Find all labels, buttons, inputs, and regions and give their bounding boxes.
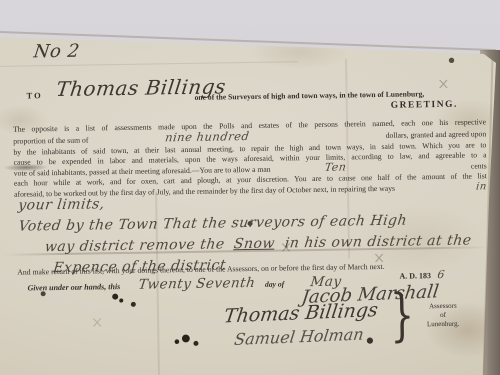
assessors-label: Assessors of Lunenburg. <box>414 302 472 330</box>
document-content: No 2 TO Thomas Billings one of the Surve… <box>0 0 500 375</box>
body-text: cents <box>471 161 487 172</box>
greeting-label: GREETING. <box>391 100 458 111</box>
year-digit-handwritten: 6 <box>437 268 446 281</box>
day-handwritten: Twenty Seventh <box>137 275 256 293</box>
document-photo: No 2 TO Thomas Billings one of the Surve… <box>0 0 500 375</box>
rate-handwritten: Ten <box>324 163 347 174</box>
signature-samuel-holman: Samuel Holman <box>233 324 365 349</box>
note-continuation: your limits, <box>17 194 106 215</box>
body-text: proportion of the sum of <box>13 136 88 147</box>
note-line: your limits, Voted by the Town That the … <box>18 188 479 237</box>
bleedthrough-mark <box>92 318 102 326</box>
assessors-label-line: Lunenburg. <box>414 320 472 330</box>
signature-thomas-billings: Thomas Billings <box>223 299 380 328</box>
given-label: Given under our hands, this <box>27 282 120 292</box>
day-of-label: day of <box>265 279 284 288</box>
note-text: way district remove the <box>44 234 226 257</box>
to-label: TO <box>26 90 42 100</box>
year-printed: A. D. 183 <box>399 271 431 280</box>
body-paragraph: The opposite is a list of assessments ma… <box>13 117 487 199</box>
document-number: No 2 <box>33 41 81 63</box>
note-text: in his own district at the <box>283 231 472 254</box>
signature-brace: } <box>389 281 414 348</box>
note-snow-word: Snow <box>233 234 277 255</box>
amount-handwritten: nine hundred <box>164 131 249 143</box>
bleedthrough-mark <box>438 80 448 88</box>
